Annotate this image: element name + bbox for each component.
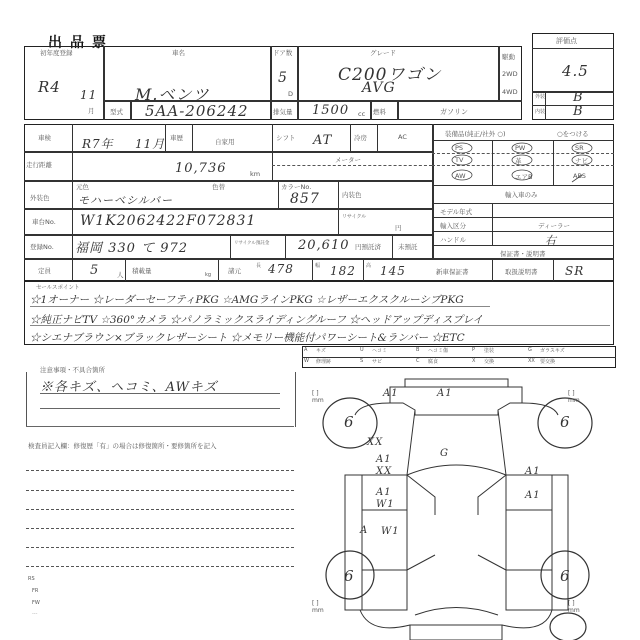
inspection-month: 11月 [135,135,165,152]
shift-value: AT [313,133,332,148]
damage-mark: W1 [376,499,395,510]
grade-line2: AVG [362,80,396,96]
sales-point-line: ☆シエナブラウン×ブラックレザーシート ☆メモリー機能付パワーシート&ランバー … [30,330,465,345]
dims-label: 諸元 [228,266,241,275]
damage-mark: A1 [376,487,392,498]
docs-label: 保証書・説明書 [500,249,546,258]
inspection-year: R7年 [82,135,114,152]
length-label: 長 [256,262,261,269]
svg-text:[ ]: [ ] [568,390,575,397]
load-unit: kg [205,272,211,278]
damage-mark: A1 [437,388,453,399]
steering-value: 右 [545,232,557,248]
doors-label: ドア数 [273,48,292,57]
damage-mark: XX [376,466,392,477]
inspector-bottom-label: --- [32,611,37,617]
steering-label: ハンドル [440,235,466,244]
legend-cell: ヘコミ [372,347,387,354]
inspector-label: 検査員記入欄：修復歴「有」の場合は修復箇所・要修箇所を記入 [28,441,217,450]
inspector-bottom-label: FW [32,600,40,606]
inspector-bottom-label: RS [28,576,35,582]
svg-text:[ ]: [ ] [312,390,319,397]
width-label: 幅 [315,262,320,269]
tire-tread-value: 6 [560,567,571,585]
recycle-unit: 円 [395,223,402,232]
chassis-label: 車台No. [32,217,56,226]
recycle-status2: 未預託 [398,242,418,251]
drive-option-2: 4WD [502,88,518,96]
import-type-value: ディーラー [538,221,570,230]
mileage-value: 10,736 [175,161,227,176]
height-label: 高 [366,262,371,269]
color-no-label: カラーNo. [281,182,311,191]
orig-color-label: 元色 [76,182,89,191]
docs-value: SR [565,264,584,278]
damage-mark: W1 [381,526,400,537]
aircon-value: AC [398,133,407,141]
tire-tread-value: 6 [560,413,571,431]
svg-text:mm: mm [568,607,580,614]
svg-text:mm: mm [312,397,324,404]
exterior-label: 外装 [535,93,545,100]
legend-cell: A [304,347,307,353]
legend-cell: XX [528,358,535,364]
color-label: 外装色 [30,193,50,202]
svg-text:[ ]: [ ] [568,600,575,607]
capacity-value: 5 [90,263,99,278]
first-reg-month: 11 [80,88,97,102]
height-value: 145 [380,264,406,278]
color-no-value: 857 [290,191,320,207]
import-label: 輸入車のみ [505,190,538,199]
import-type-label: 輸入区分 [440,221,466,230]
score-value: 4.5 [562,62,589,80]
sales-label: 車歴 [170,133,183,142]
equipment-note: ○をつける [557,129,589,138]
recycle-fee-label: リサイクル預託金 [234,240,269,246]
length-value: 478 [268,262,294,276]
model-label: 型式 [110,107,123,116]
svg-text:mm: mm [312,607,324,614]
color-value: モハーベシルバー [78,192,173,208]
legend-cell: 腐食 [428,358,438,365]
recycle-status: 円預託済 [355,242,381,251]
damage-mark: A1 [525,466,541,477]
first-reg-label: 初年度登録 [40,48,73,57]
chassis-value: W1K2062422F072831 [80,213,256,229]
damage-mark: G [440,448,449,459]
registration-value: 福岡 330 て 972 [75,237,188,256]
sales-point-line: ☆1オーナー ☆レーダーセーフティPKG ☆AMGラインPKG ☆レザーエクスク… [30,292,464,307]
legend-cell: 要交換 [540,358,555,365]
tire-tread-value: 6 [344,567,355,585]
damage-mark: A1 [525,490,541,501]
displacement-value: 1500 [312,103,349,118]
load-label: 積載量 [132,266,152,275]
legend-cell: P [472,347,475,353]
month-unit: 月 [88,106,95,115]
drive-option-1: 2WD [502,70,518,78]
recycle-fee-value: 20,610 [298,238,350,253]
color-change-label: 色替 [212,182,225,191]
legend-cell: S [360,358,363,364]
damage-mark: A1 [383,388,399,399]
tire-tread-value: 6 [344,413,355,431]
docs-book-label: 取扱説明書 [505,267,538,276]
capacity-unit: 人 [117,270,124,279]
legend-cell: キズ [316,347,326,354]
fuel-label: 燃料 [373,107,386,116]
capacity-label: 定員 [38,266,51,275]
meter-label: メーター [335,155,361,164]
equipment-label: 装備品(純正/社外 ○) [445,129,506,138]
damage-mark: A [360,525,368,536]
grade-label: グレード [370,48,396,57]
legend-cell: B [416,347,419,353]
legend-cell: サビ [372,358,382,365]
model-value: 5AA-206242 [145,102,249,120]
sales-note: 自家用 [215,137,235,146]
interior-color-label: 内装色 [342,190,362,199]
legend-cell: ヘコミ傷 [428,347,448,354]
score-label: 評価点 [556,36,577,46]
aircon-label: 冷房 [354,133,367,142]
car-name-label: 車名 [172,48,185,57]
legend-cell: W [304,358,309,364]
legend-cell: G [528,347,532,353]
displacement-unit: cc [358,110,365,118]
mileage-label: 走行距離 [26,160,52,169]
registration-label: 登録No. [30,242,54,251]
doors-unit: D [288,90,293,98]
damage-mark: XX [367,437,383,448]
drive-option-0: 駆動 [502,52,515,61]
legend-cell: 交換 [484,358,494,365]
interior-value: B [573,104,584,119]
first-reg-value: R4 [38,78,61,96]
interior-label: 内装 [535,108,545,115]
recycle-label: リサイクル [342,213,366,220]
damage-mark: A1 [376,454,392,465]
legend-cell: 修理跡 [316,358,331,365]
legend-cell: 塗装 [484,347,494,354]
sales-points-label: セールスポイント [36,283,80,291]
equipment-circles [432,140,614,185]
displacement-label: 排気量 [273,107,293,116]
shift-label: シフト [276,133,296,142]
legend-cell: X [472,358,475,364]
exterior-value: B [573,90,584,105]
doors-value: 5 [278,70,288,86]
legend-cell: U [360,347,364,353]
svg-text:mm: mm [568,397,580,404]
inspection-label: 車検 [38,133,51,142]
docs-manual-label: 新車保証書 [436,267,469,276]
width-value: 182 [330,264,356,278]
legend-cell: ガラスキズ [540,347,565,354]
svg-text:[ ]: [ ] [312,600,319,607]
model-year-label: モデル年式 [440,207,472,216]
mileage-unit: km [250,170,260,178]
legend-cell: C [416,358,420,364]
inspector-bottom-label: FR [32,588,38,594]
fuel-value: ガソリン [440,107,468,117]
